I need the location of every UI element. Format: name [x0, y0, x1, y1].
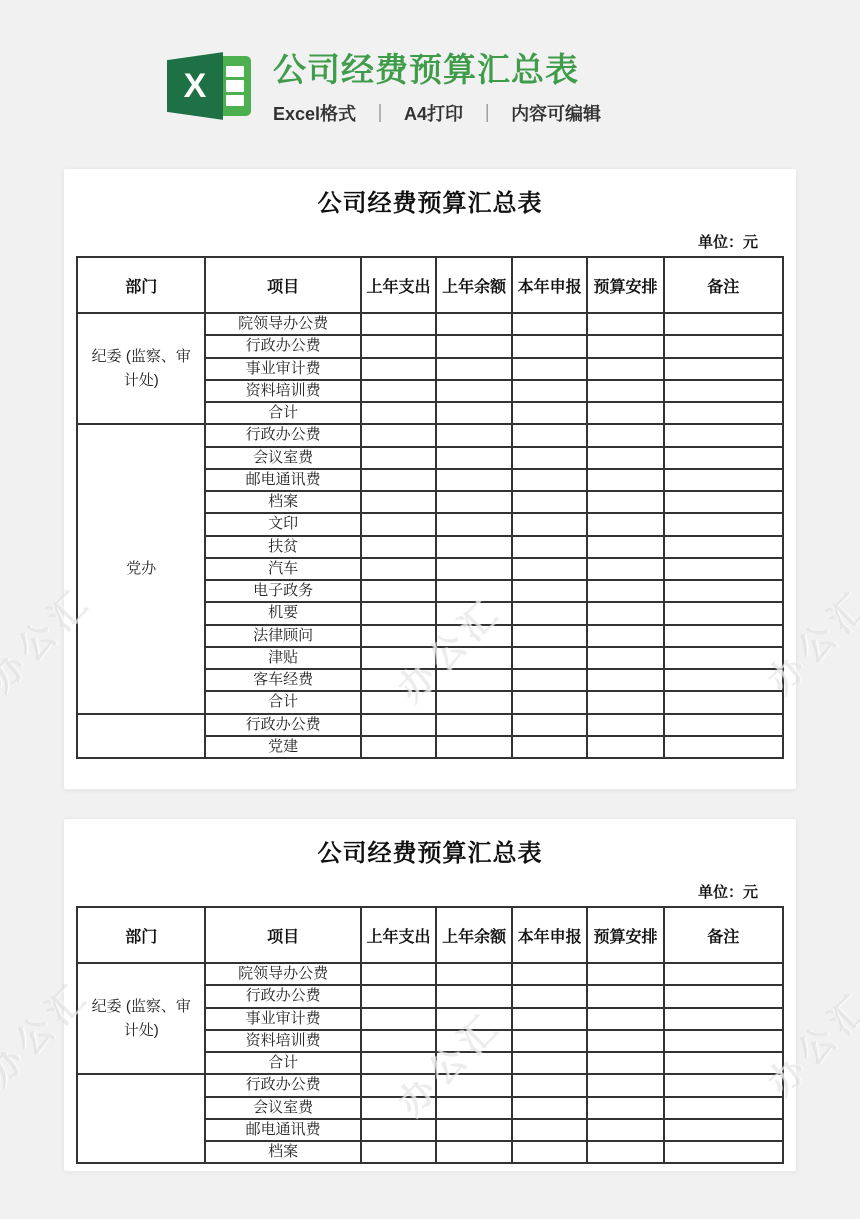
value-cell: [512, 1008, 588, 1030]
item-cell: 电子政务: [205, 580, 360, 602]
page-title: 公司经费预算汇总表: [273, 52, 601, 88]
item-cell: 行政办公费: [205, 335, 360, 357]
item-cell: 邮电通讯费: [205, 1119, 360, 1141]
value-cell: [512, 402, 588, 424]
column-header: 上年支出: [361, 907, 437, 963]
value-cell: [587, 358, 663, 380]
value-cell: [512, 358, 588, 380]
value-cell: [512, 985, 588, 1007]
value-cell: [436, 313, 512, 335]
value-cell: [587, 402, 663, 424]
item-cell: 党建: [205, 736, 360, 758]
value-cell: [361, 691, 437, 713]
value-cell: [587, 736, 663, 758]
page-subtitle: Excel格式 ｜ A4打印 ｜ 内容可编辑: [273, 100, 601, 126]
value-cell: [587, 491, 663, 513]
value-cell: [587, 691, 663, 713]
preview-card-2[interactable]: 公司经费预算汇总表单位：元部门项目上年支出上年余额本年申报预算安排备注纪委 (监…: [63, 818, 797, 1172]
value-cell: [587, 469, 663, 491]
value-cell: [587, 1141, 663, 1163]
value-cell: [361, 380, 437, 402]
item-cell: 邮电通讯费: [205, 469, 360, 491]
value-cell: [587, 447, 663, 469]
value-cell: [664, 558, 783, 580]
value-cell: [512, 536, 588, 558]
value-cell: [587, 1097, 663, 1119]
value-cell: [436, 669, 512, 691]
value-cell: [512, 1074, 588, 1096]
item-cell: 法律顾问: [205, 625, 360, 647]
value-cell: [512, 1030, 588, 1052]
value-cell: [587, 536, 663, 558]
value-cell: [361, 1030, 437, 1052]
value-cell: [512, 602, 588, 624]
value-cell: [361, 402, 437, 424]
item-cell: 行政办公费: [205, 1074, 360, 1096]
value-cell: [664, 380, 783, 402]
item-cell: 合计: [205, 691, 360, 713]
value-cell: [361, 625, 437, 647]
column-header: 预算安排: [587, 257, 663, 313]
item-cell: 事业审计费: [205, 358, 360, 380]
value-cell: [436, 536, 512, 558]
value-cell: [664, 402, 783, 424]
column-header: 上年余额: [436, 257, 512, 313]
column-header: 项目: [205, 907, 360, 963]
column-header: 部门: [77, 907, 205, 963]
dept-cell: [77, 714, 205, 759]
value-cell: [512, 469, 588, 491]
value-cell: [512, 580, 588, 602]
value-cell: [436, 580, 512, 602]
value-cell: [436, 1097, 512, 1119]
value-cell: [361, 469, 437, 491]
value-cell: [512, 1052, 588, 1074]
column-header: 上年支出: [361, 257, 437, 313]
value-cell: [361, 714, 437, 736]
value-cell: [436, 380, 512, 402]
value-cell: [436, 691, 512, 713]
excel-x-shape: X: [167, 50, 223, 122]
item-cell: 汽车: [205, 558, 360, 580]
value-cell: [436, 402, 512, 424]
budget-table: 部门项目上年支出上年余额本年申报预算安排备注纪委 (监察、审计处)院领导办公费行…: [76, 906, 784, 1164]
column-header: 预算安排: [587, 907, 663, 963]
value-cell: [436, 513, 512, 535]
item-cell: 院领导办公费: [205, 313, 360, 335]
item-cell: 文印: [205, 513, 360, 535]
value-cell: [664, 469, 783, 491]
value-cell: [436, 1030, 512, 1052]
budget-table: 部门项目上年支出上年余额本年申报预算安排备注纪委 (监察、审计处)院领导办公费行…: [76, 256, 784, 759]
value-cell: [587, 714, 663, 736]
value-cell: [512, 380, 588, 402]
value-cell: [512, 625, 588, 647]
value-cell: [436, 1008, 512, 1030]
value-cell: [512, 1097, 588, 1119]
column-header: 项目: [205, 257, 360, 313]
value-cell: [587, 1119, 663, 1141]
value-cell: [664, 424, 783, 446]
value-cell: [664, 602, 783, 624]
dept-cell: 党办: [77, 424, 205, 713]
sheet-title: 公司经费预算汇总表: [76, 839, 784, 869]
value-cell: [664, 358, 783, 380]
value-cell: [361, 1008, 437, 1030]
content-column: X 公司经费预算汇总表 Excel格式 ｜ A4打印 ｜ 内容可编辑 公司经费预…: [63, 0, 797, 1172]
table-row: 党办行政办公费: [77, 424, 783, 446]
value-cell: [361, 447, 437, 469]
value-cell: [361, 558, 437, 580]
item-cell: 行政办公费: [205, 714, 360, 736]
value-cell: [436, 602, 512, 624]
item-cell: 客车经费: [205, 669, 360, 691]
header-row: 部门项目上年支出上年余额本年申报预算安排备注: [77, 257, 783, 313]
value-cell: [361, 580, 437, 602]
value-cell: [587, 602, 663, 624]
value-cell: [361, 1074, 437, 1096]
item-cell: 合计: [205, 402, 360, 424]
value-cell: [361, 313, 437, 335]
table-row: 纪委 (监察、审计处)院领导办公费: [77, 313, 783, 335]
value-cell: [436, 1074, 512, 1096]
value-cell: [587, 513, 663, 535]
value-cell: [587, 335, 663, 357]
value-cell: [664, 580, 783, 602]
value-cell: [512, 491, 588, 513]
excel-icon: X: [167, 50, 251, 122]
value-cell: [512, 313, 588, 335]
value-cell: [361, 1141, 437, 1163]
value-cell: [664, 669, 783, 691]
item-cell: 档案: [205, 491, 360, 513]
value-cell: [664, 536, 783, 558]
unit-label: 单位：元: [76, 883, 784, 902]
sheet-title: 公司经费预算汇总表: [76, 189, 784, 219]
value-cell: [512, 714, 588, 736]
value-cell: [587, 380, 663, 402]
column-header: 备注: [664, 907, 783, 963]
value-cell: [664, 1074, 783, 1096]
value-cell: [587, 647, 663, 669]
value-cell: [436, 647, 512, 669]
value-cell: [361, 335, 437, 357]
value-cell: [587, 424, 663, 446]
excel-x-letter: X: [184, 69, 207, 103]
value-cell: [512, 1141, 588, 1163]
value-cell: [361, 602, 437, 624]
value-cell: [436, 447, 512, 469]
value-cell: [587, 580, 663, 602]
value-cell: [587, 1030, 663, 1052]
value-cell: [512, 669, 588, 691]
value-cell: [512, 736, 588, 758]
value-cell: [436, 1052, 512, 1074]
dept-cell: [77, 1074, 205, 1163]
value-cell: [512, 335, 588, 357]
item-cell: 资料培训费: [205, 1030, 360, 1052]
value-cell: [512, 647, 588, 669]
value-cell: [664, 963, 783, 985]
value-cell: [361, 669, 437, 691]
value-cell: [664, 335, 783, 357]
header-row: 部门项目上年支出上年余额本年申报预算安排备注: [77, 907, 783, 963]
value-cell: [512, 424, 588, 446]
subtitle-separator: ｜: [371, 100, 389, 126]
value-cell: [361, 1097, 437, 1119]
value-cell: [587, 1052, 663, 1074]
item-cell: 档案: [205, 1141, 360, 1163]
value-cell: [436, 736, 512, 758]
value-cell: [436, 985, 512, 1007]
value-cell: [587, 985, 663, 1007]
value-cell: [361, 1119, 437, 1141]
value-cell: [664, 1030, 783, 1052]
item-cell: 资料培训费: [205, 380, 360, 402]
column-header: 部门: [77, 257, 205, 313]
value-cell: [512, 513, 588, 535]
value-cell: [512, 963, 588, 985]
value-cell: [436, 469, 512, 491]
value-cell: [664, 691, 783, 713]
value-cell: [587, 669, 663, 691]
value-cell: [664, 736, 783, 758]
value-cell: [664, 1052, 783, 1074]
feature-print: A4打印: [404, 100, 463, 126]
value-cell: [664, 1119, 783, 1141]
dept-cell: 纪委 (监察、审计处): [77, 313, 205, 424]
value-cell: [587, 625, 663, 647]
value-cell: [361, 647, 437, 669]
item-cell: 会议室费: [205, 447, 360, 469]
value-cell: [664, 313, 783, 335]
value-cell: [436, 491, 512, 513]
value-cell: [436, 558, 512, 580]
value-cell: [664, 1141, 783, 1163]
table-row: 行政办公费: [77, 714, 783, 736]
item-cell: 扶贫: [205, 536, 360, 558]
subtitle-separator: ｜: [478, 100, 496, 126]
value-cell: [361, 985, 437, 1007]
value-cell: [664, 714, 783, 736]
value-cell: [361, 513, 437, 535]
value-cell: [512, 447, 588, 469]
column-header: 本年申报: [512, 907, 588, 963]
value-cell: [436, 714, 512, 736]
value-cell: [587, 1008, 663, 1030]
item-cell: 院领导办公费: [205, 963, 360, 985]
value-cell: [361, 358, 437, 380]
value-cell: [512, 558, 588, 580]
column-header: 本年申报: [512, 257, 588, 313]
value-cell: [664, 491, 783, 513]
value-cell: [587, 963, 663, 985]
preview-card-1[interactable]: 公司经费预算汇总表单位：元部门项目上年支出上年余额本年申报预算安排备注纪委 (监…: [63, 168, 797, 790]
value-cell: [436, 625, 512, 647]
table-row: 行政办公费: [77, 1074, 783, 1096]
item-cell: 机要: [205, 602, 360, 624]
column-header: 上年余额: [436, 907, 512, 963]
value-cell: [361, 963, 437, 985]
feature-format: Excel格式: [273, 100, 356, 126]
value-cell: [436, 1141, 512, 1163]
item-cell: 行政办公费: [205, 985, 360, 1007]
table-row: 纪委 (监察、审计处)院领导办公费: [77, 963, 783, 985]
dept-cell: 纪委 (监察、审计处): [77, 963, 205, 1074]
value-cell: [664, 447, 783, 469]
value-cell: [436, 963, 512, 985]
value-cell: [361, 536, 437, 558]
header-text: 公司经费预算汇总表 Excel格式 ｜ A4打印 ｜ 内容可编辑: [273, 50, 601, 126]
value-cell: [361, 491, 437, 513]
column-header: 备注: [664, 257, 783, 313]
value-cell: [361, 1052, 437, 1074]
item-cell: 事业审计费: [205, 1008, 360, 1030]
value-cell: [664, 513, 783, 535]
value-cell: [436, 358, 512, 380]
value-cell: [436, 1119, 512, 1141]
item-cell: 会议室费: [205, 1097, 360, 1119]
value-cell: [664, 1097, 783, 1119]
value-cell: [664, 1008, 783, 1030]
feature-editable: 内容可编辑: [511, 100, 601, 126]
value-cell: [361, 736, 437, 758]
unit-label: 单位：元: [76, 233, 784, 252]
value-cell: [664, 625, 783, 647]
value-cell: [587, 313, 663, 335]
item-cell: 津贴: [205, 647, 360, 669]
item-cell: 行政办公费: [205, 424, 360, 446]
value-cell: [436, 335, 512, 357]
value-cell: [512, 691, 588, 713]
template-header: X 公司经费预算汇总表 Excel格式 ｜ A4打印 ｜ 内容可编辑: [167, 50, 797, 124]
page: X 公司经费预算汇总表 Excel格式 ｜ A4打印 ｜ 内容可编辑 公司经费预…: [0, 0, 860, 1219]
value-cell: [436, 424, 512, 446]
value-cell: [664, 985, 783, 1007]
value-cell: [587, 1074, 663, 1096]
value-cell: [664, 647, 783, 669]
value-cell: [512, 1119, 588, 1141]
value-cell: [587, 558, 663, 580]
item-cell: 合计: [205, 1052, 360, 1074]
value-cell: [361, 424, 437, 446]
